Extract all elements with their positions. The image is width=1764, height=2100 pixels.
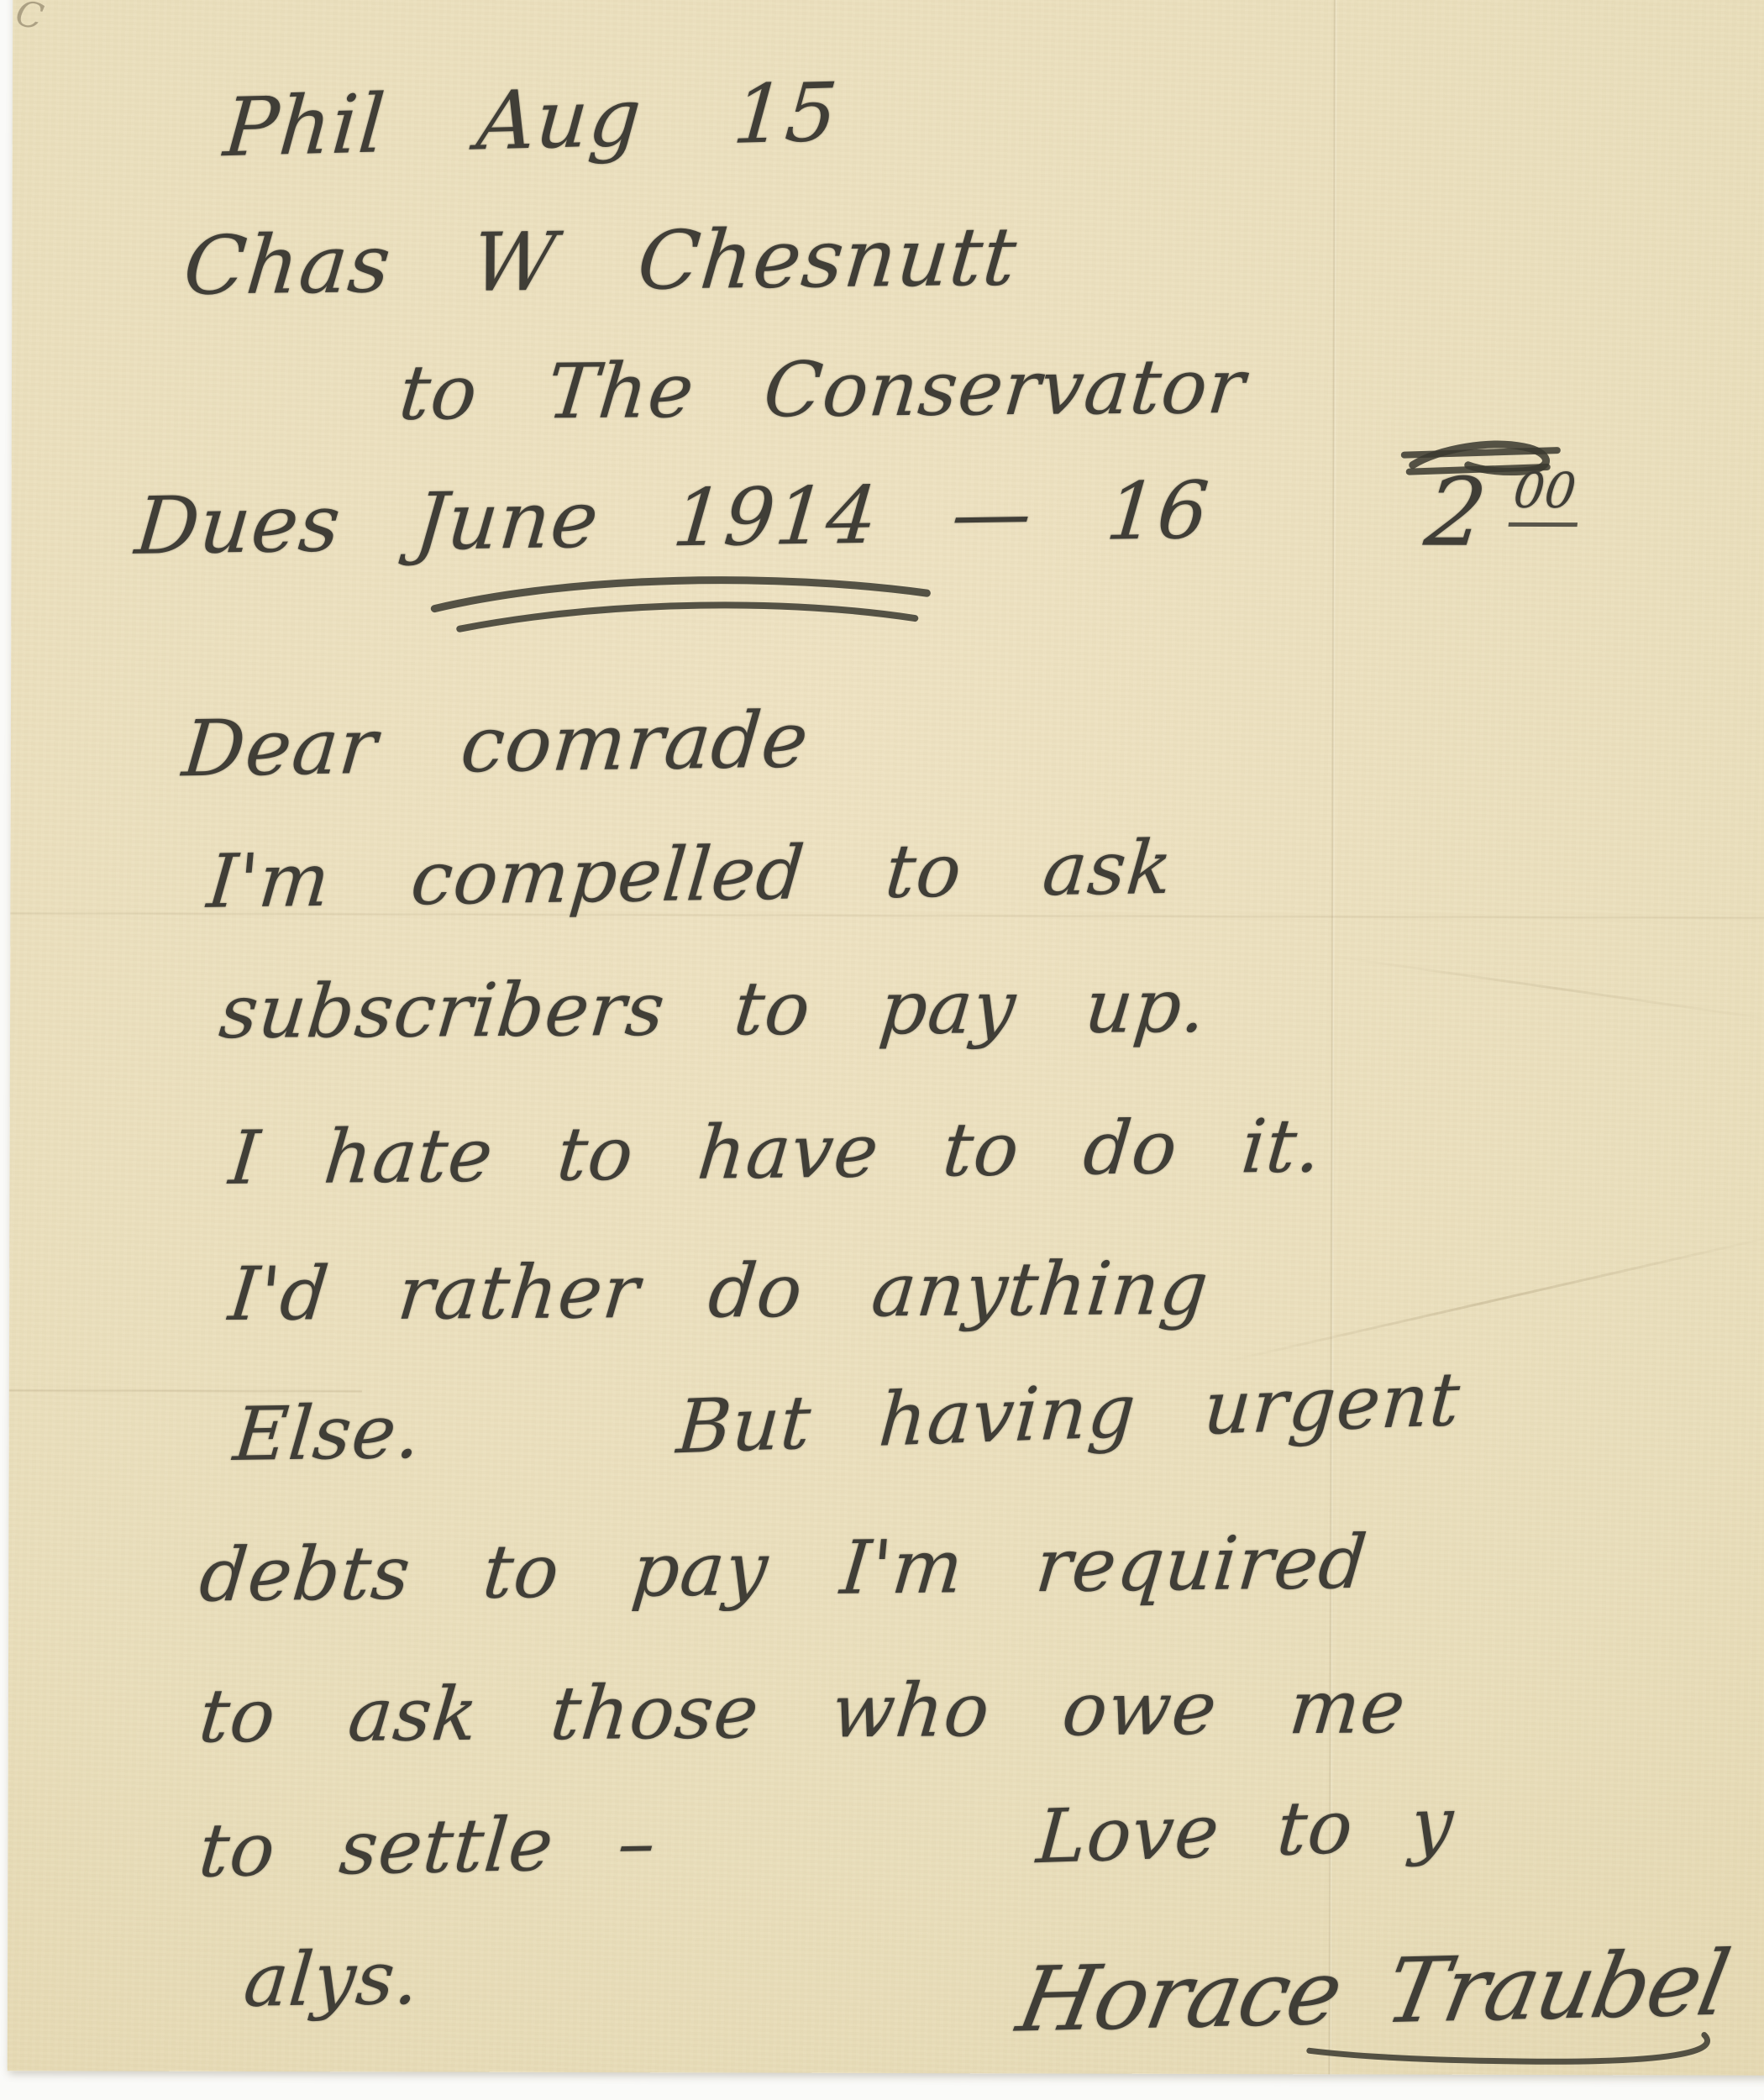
- amount-cents: 00: [1509, 462, 1584, 527]
- body-line: Love to y: [1034, 1780, 1457, 1880]
- body-line: debts to pay I'm required: [197, 1519, 1372, 1619]
- letter-paper: C Phil Aug 15 Chas W Chesnutt to The Con…: [8, 0, 1764, 2076]
- body-line: to ask those who owe me: [196, 1663, 1410, 1759]
- body-line: I'm compelled to ask: [204, 824, 1177, 925]
- body-line: I'd rather do anything: [225, 1245, 1212, 1337]
- body-line: to settle –: [196, 1798, 659, 1893]
- body-line: Else.: [230, 1389, 425, 1478]
- salutation: Dear comrade: [179, 695, 812, 794]
- addressee-line: Chas W Chesnutt: [180, 209, 1021, 312]
- payee-line: to The Conservator: [396, 343, 1249, 438]
- signature-flourish: [1167, 2030, 1738, 2071]
- dues-line: Dues June 1914 — 16: [132, 465, 1213, 573]
- diagonal-crease-upper: [1323, 953, 1764, 1022]
- body-line: But having urgent: [675, 1356, 1463, 1471]
- dateline: Phil Aug 15: [220, 65, 841, 175]
- diagonal-crease: [1217, 1233, 1764, 1364]
- vertical-fold-crease: [1328, 0, 1337, 2074]
- body-line: I hate to have to do it.: [226, 1102, 1326, 1201]
- flourish-double-underline: [423, 570, 969, 646]
- body-line: subscribers to pay up.: [216, 963, 1210, 1055]
- corner-pencil-mark: C: [12, 0, 48, 38]
- letter-scan: C Phil Aug 15 Chas W Chesnutt to The Con…: [0, 0, 1764, 2100]
- body-line: alys.: [240, 1935, 423, 2024]
- amount-block: 2 00: [1397, 435, 1607, 579]
- amount-dollars: 2: [1420, 459, 1492, 568]
